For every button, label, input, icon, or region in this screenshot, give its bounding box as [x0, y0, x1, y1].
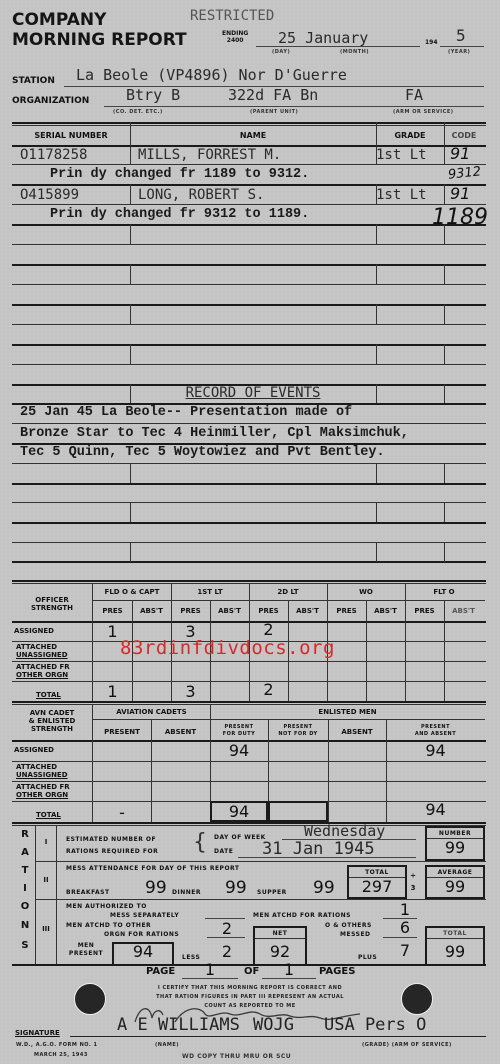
- enlisted-strength-title: AVN CADET& ENLISTEDSTRENGTH: [12, 709, 92, 733]
- enlisted-total-present-for-duty: 94: [210, 802, 268, 821]
- col-cadets-present: PRESENT: [93, 728, 151, 736]
- enlisted-assigned-present-for-duty: 94: [210, 741, 268, 760]
- grade: 1st Lt: [376, 147, 427, 163]
- col-enlisted-absent: ABSENT: [328, 728, 386, 736]
- rations-letter: R: [18, 829, 32, 840]
- rations-letter: N: [18, 920, 32, 931]
- remark: Prin dy changed fr 9312 to 1189.: [50, 207, 309, 222]
- pages-label: PAGES: [319, 968, 355, 976]
- col-serial-number: SERIAL NUMBER: [12, 131, 130, 140]
- rations-total-value: 99: [427, 942, 483, 961]
- organization-parent-unit: 322d FA Bn: [228, 86, 318, 104]
- ending-label: ENDING2400: [222, 30, 248, 44]
- day-of-week-value: Wednesday: [304, 822, 385, 840]
- divide-icon: ÷: [407, 872, 419, 880]
- enlisted-total-cadets-present: -: [93, 803, 151, 822]
- atchd-for-rations-value: 1: [385, 900, 425, 919]
- event-line: Tec 5 Quinn, Tec 5 Woytowiez and Pvt Ben…: [20, 445, 385, 460]
- section-i-label: ESTIMATED NUMBER OFRATIONS REQUIRED FOR: [66, 834, 158, 858]
- group-flt-o: FLT O: [405, 588, 483, 596]
- subcol-abst: ABS'T: [288, 607, 327, 615]
- enlisted-total-present-and-absent: 94: [386, 800, 485, 819]
- code-handwritten: 91: [450, 184, 470, 203]
- average-label: AVERAGE: [427, 869, 483, 876]
- dinner-label: DINNER: [172, 889, 201, 896]
- page-label: PAGE: [146, 968, 175, 976]
- grade-arm-caption: (GRADE) (ARM OF SERVICE): [362, 1042, 452, 1048]
- men-present-label: MENPRESENT: [62, 942, 110, 958]
- form-title-line2: MORNING REPORT: [12, 30, 187, 50]
- row-label-attached-unassigned: ATTACHEDUNASSIGNED: [16, 643, 68, 659]
- person-name: MILLS, FORREST M.: [138, 147, 281, 163]
- serial-number: O415899: [20, 187, 79, 203]
- row-label-total: TOTAL: [36, 691, 61, 699]
- subcol-abst: ABS'T: [366, 607, 405, 615]
- less-value: 2: [207, 942, 247, 961]
- average-value: 99: [427, 877, 483, 896]
- form-id-line-2: MARCH 25, 1943: [34, 1052, 88, 1058]
- morning-report-form: COMPANY MORNING REPORT RESTRICTED ENDING…: [0, 0, 500, 1064]
- group-1st-lt: 1ST LT: [171, 588, 249, 596]
- serial-number: O1178258: [20, 147, 87, 163]
- of-label: OF: [244, 968, 259, 976]
- plus-value: 7: [385, 941, 425, 960]
- parent-caption: (PARENT UNIT): [250, 109, 298, 115]
- station-label: STATION: [12, 76, 55, 86]
- date-label: DATE: [214, 848, 233, 855]
- total-label: TOTAL: [349, 869, 405, 876]
- day-caption: (DAY): [272, 49, 290, 55]
- subcol-abst: ABS'T: [210, 607, 249, 615]
- year-caption: (YEAR): [448, 49, 470, 55]
- brace-icon: {: [193, 830, 207, 855]
- others-messed-label-2: MESSED: [340, 931, 371, 938]
- section-i-numeral: I: [36, 838, 56, 846]
- col-code: CODE: [444, 131, 484, 140]
- form-id-line-1: W.D., A.G.O. FORM NO. 1: [16, 1042, 98, 1048]
- person-name: LONG, ROBERT S.: [138, 187, 264, 203]
- station-value: La Beole (VP4896) Nor D'Guerre: [76, 66, 347, 84]
- dinner-value: 99: [225, 878, 247, 898]
- record-of-events-title: RECORD OF EVENTS: [130, 385, 376, 401]
- col-cadets-absent: ABSENT: [151, 728, 210, 736]
- rations-letter: I: [18, 883, 32, 894]
- rations-letter: A: [18, 847, 32, 858]
- officer-total-2lt-pres: 2: [249, 680, 288, 699]
- signature-label: SIGNATURE: [15, 1029, 60, 1037]
- row-label-total: TOTAL: [36, 811, 61, 819]
- organization-unit: Btry B: [126, 86, 180, 104]
- subcol-pres: PRES: [327, 607, 366, 615]
- net-label: NET: [255, 930, 305, 937]
- signature-grade: WOJG: [253, 1015, 294, 1035]
- col-present-and-absent: PRESENTAND ABSENT: [386, 724, 485, 738]
- group-enlisted-men: ENLISTED MEN: [210, 708, 485, 716]
- breakfast-value: 99: [145, 878, 167, 898]
- punch-hole-icon: [401, 983, 433, 1015]
- row-label-attached-other-orgn: ATTACHED FROTHER ORGN: [16, 663, 70, 679]
- punch-hole-icon: [74, 983, 106, 1015]
- officer-strength-title: OFFICERSTRENGTH: [12, 596, 92, 612]
- event-line: Bronze Star to Tec 4 Heinmiller, Cpl Mak…: [20, 426, 409, 441]
- rations-letter: O: [18, 901, 32, 912]
- total-pages: 1: [264, 960, 314, 979]
- atchd-to-other-label-2: ORGN FOR RATIONS: [104, 931, 179, 938]
- year-prefix: 194: [425, 39, 438, 47]
- number-label: NUMBER: [427, 830, 483, 837]
- subcol-pres: PRES: [171, 607, 210, 615]
- rations-letter: T: [18, 865, 32, 876]
- organization-label: ORGANIZATION: [12, 96, 89, 106]
- atchd-to-other-value: 2: [207, 919, 247, 938]
- row-label-assigned: ASSIGNED: [14, 746, 54, 754]
- mess-separately-label-1: MEN AUTHORIZED TO: [66, 903, 147, 910]
- certification-line-1: I CERTIFY THAT THIS MORNING REPORT IS CO…: [130, 985, 370, 991]
- report-day-month: 25 January: [278, 29, 368, 47]
- classification-stamp: RESTRICTED: [190, 8, 274, 24]
- mess-separately-label-2: MESS SEPARATELY: [110, 912, 179, 919]
- organization-arm: FA: [405, 86, 423, 104]
- atchd-for-rations-label: MEN ATCHD FOR RATIONS: [253, 912, 351, 919]
- col-present-for-duty: PRESENTFOR DUTY: [210, 724, 268, 738]
- subcol-abst: ABS'T: [444, 607, 483, 615]
- others-messed-value: 6: [385, 918, 425, 937]
- plus-label: PLUS: [358, 954, 377, 961]
- remark-code-handwritten: 9312: [447, 164, 481, 182]
- group-fld-o-capt: FLD O & CAPT: [93, 588, 171, 596]
- unit-caption: (CO. DET. ETC.): [113, 109, 163, 115]
- net-value: 92: [255, 942, 305, 961]
- supper-value: 99: [313, 878, 335, 898]
- supper-label: SUPPER: [257, 889, 287, 896]
- mess-attendance-label: MESS ATTENDANCE FOR DAY OF THIS REPORT: [66, 865, 240, 872]
- others-messed-label-1: O & OTHERS: [325, 922, 372, 929]
- event-line: 25 Jan 45 La Beole-- Presentation made o…: [20, 405, 352, 420]
- number-value: 99: [427, 838, 483, 857]
- atchd-to-other-label-1: MEN ATCHD TO OTHER: [66, 922, 151, 929]
- remark-code-handwritten: 1189: [432, 205, 488, 230]
- signature-arm: USA Pers O: [324, 1015, 426, 1035]
- col-name: NAME: [130, 131, 376, 140]
- row-label-attached-other-orgn: ATTACHED FROTHER ORGN: [16, 783, 70, 799]
- report-year-digit: 5: [456, 26, 466, 45]
- name-caption: (NAME): [155, 1042, 179, 1048]
- watermark-text: 83rdinfdivdocs.org: [120, 637, 335, 659]
- subcol-pres: PRES: [249, 607, 288, 615]
- date-value: 31 Jan 1945: [262, 839, 375, 859]
- mess-total-value: 297: [349, 877, 405, 896]
- rations-letter: S: [18, 940, 32, 951]
- row-label-attached-unassigned: ATTACHEDUNASSIGNED: [16, 763, 68, 779]
- month-caption: (MONTH): [340, 49, 369, 55]
- subcol-pres: PRES: [405, 607, 444, 615]
- routing-note: WD COPY THRU MRU OR SCU: [182, 1053, 291, 1060]
- code-handwritten: 91: [450, 144, 470, 163]
- subcol-abst: ABS'T: [132, 607, 171, 615]
- group-aviation-cadets: AVIATION CADETS: [93, 708, 210, 716]
- row-label-assigned: ASSIGNED: [14, 627, 54, 635]
- group-2d-lt: 2D LT: [249, 588, 327, 596]
- rations-total-label: TOTAL: [427, 930, 483, 937]
- grade: 1st Lt: [376, 187, 427, 203]
- subcol-pres: PRES: [93, 607, 132, 615]
- col-grade: GRADE: [376, 131, 444, 140]
- section-iii-numeral: III: [36, 925, 56, 933]
- page-number: 1: [182, 960, 238, 979]
- officer-total-fld-pres: 1: [93, 682, 132, 701]
- signature-name: A E WILLIAMS: [117, 1015, 240, 1035]
- day-of-week-label: DAY OF WEEK: [214, 834, 266, 841]
- remark: Prin dy changed fr 1189 to 9312.: [50, 167, 309, 182]
- form-title-line1: COMPANY: [12, 10, 106, 30]
- arm-caption: (ARM OR SERVICE): [393, 109, 454, 115]
- divide-by-value: 3: [407, 884, 419, 892]
- group-wo: WO: [327, 588, 405, 596]
- men-present-value: 94: [114, 942, 172, 961]
- officer-total-1lt-pres: 3: [171, 682, 210, 701]
- breakfast-label: BREAKFAST: [66, 889, 110, 896]
- enlisted-assigned-present-and-absent: 94: [386, 741, 485, 760]
- col-present-not-for-duty: PRESENTNOT FOR DY: [268, 724, 328, 738]
- section-ii-numeral: II: [36, 876, 56, 884]
